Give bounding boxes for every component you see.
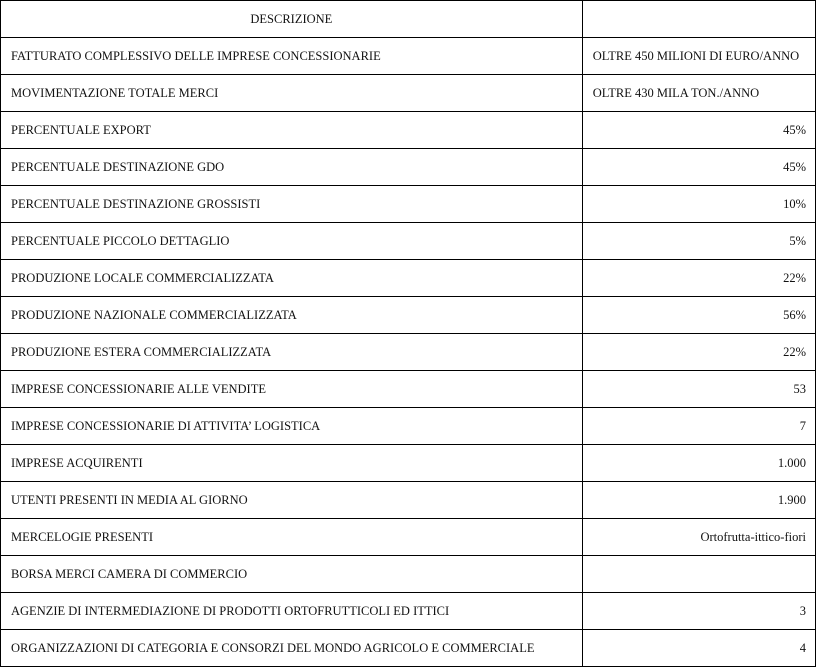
header-value — [582, 1, 815, 38]
table-row: PERCENTUALE DESTINAZIONE GROSSISTI10% — [1, 186, 816, 223]
row-value — [582, 556, 815, 593]
row-description: IMPRESE CONCESSIONARIE DI ATTIVITA’ LOGI… — [1, 408, 583, 445]
row-value: 1.000 — [582, 445, 815, 482]
table-row: FATTURATO COMPLESSIVO DELLE IMPRESE CONC… — [1, 38, 816, 75]
row-value: 10% — [582, 186, 815, 223]
row-value: 3 — [582, 593, 815, 630]
row-description: MERCELOGIE PRESENTI — [1, 519, 583, 556]
table-row: IMPRESE CONCESSIONARIE ALLE VENDITE53 — [1, 371, 816, 408]
table-row: PERCENTUALE PICCOLO DETTAGLIO5% — [1, 223, 816, 260]
row-value: OLTRE 450 MILIONI DI EURO/ANNO — [582, 38, 815, 75]
table-row: BORSA MERCI CAMERA DI COMMERCIO — [1, 556, 816, 593]
row-description: IMPRESE ACQUIRENTI — [1, 445, 583, 482]
table-row: ORGANIZZAZIONI DI CATEGORIA E CONSORZI D… — [1, 630, 816, 667]
row-description: PERCENTUALE PICCOLO DETTAGLIO — [1, 223, 583, 260]
row-value: 45% — [582, 149, 815, 186]
row-value: 1.900 — [582, 482, 815, 519]
table-row: IMPRESE CONCESSIONARIE DI ATTIVITA’ LOGI… — [1, 408, 816, 445]
table-row: AGENZIE DI INTERMEDIAZIONE DI PRODOTTI O… — [1, 593, 816, 630]
row-description: PERCENTUALE DESTINAZIONE GROSSISTI — [1, 186, 583, 223]
row-value: 45% — [582, 112, 815, 149]
row-description: IMPRESE CONCESSIONARIE ALLE VENDITE — [1, 371, 583, 408]
table-row: PRODUZIONE NAZIONALE COMMERCIALIZZATA56% — [1, 297, 816, 334]
table-header-row: DESCRIZIONE — [1, 1, 816, 38]
row-description: PRODUZIONE ESTERA COMMERCIALIZZATA — [1, 334, 583, 371]
row-description: UTENTI PRESENTI IN MEDIA AL GIORNO — [1, 482, 583, 519]
data-table: DESCRIZIONE FATTURATO COMPLESSIVO DELLE … — [0, 0, 816, 667]
row-value: 7 — [582, 408, 815, 445]
row-description: PRODUZIONE NAZIONALE COMMERCIALIZZATA — [1, 297, 583, 334]
row-value: OLTRE 430 MILA TON./ANNO — [582, 75, 815, 112]
row-description: PERCENTUALE EXPORT — [1, 112, 583, 149]
row-description: FATTURATO COMPLESSIVO DELLE IMPRESE CONC… — [1, 38, 583, 75]
row-description: MOVIMENTAZIONE TOTALE MERCI — [1, 75, 583, 112]
header-description: DESCRIZIONE — [1, 1, 583, 38]
row-value: 56% — [582, 297, 815, 334]
row-value: 22% — [582, 334, 815, 371]
row-description: PERCENTUALE DESTINAZIONE GDO — [1, 149, 583, 186]
row-value: 5% — [582, 223, 815, 260]
row-value: 53 — [582, 371, 815, 408]
table-row: PERCENTUALE DESTINAZIONE GDO45% — [1, 149, 816, 186]
table-body: DESCRIZIONE FATTURATO COMPLESSIVO DELLE … — [1, 1, 816, 667]
table-row: PERCENTUALE EXPORT45% — [1, 112, 816, 149]
row-description: ORGANIZZAZIONI DI CATEGORIA E CONSORZI D… — [1, 630, 583, 667]
row-value: Ortofrutta-ittico-fiori — [582, 519, 815, 556]
row-description: AGENZIE DI INTERMEDIAZIONE DI PRODOTTI O… — [1, 593, 583, 630]
table-row: MERCELOGIE PRESENTIOrtofrutta-ittico-fio… — [1, 519, 816, 556]
row-description: BORSA MERCI CAMERA DI COMMERCIO — [1, 556, 583, 593]
row-value: 4 — [582, 630, 815, 667]
table-row: MOVIMENTAZIONE TOTALE MERCIOLTRE 430 MIL… — [1, 75, 816, 112]
row-value: 22% — [582, 260, 815, 297]
table-row: PRODUZIONE LOCALE COMMERCIALIZZATA22% — [1, 260, 816, 297]
table-row: IMPRESE ACQUIRENTI1.000 — [1, 445, 816, 482]
row-description: PRODUZIONE LOCALE COMMERCIALIZZATA — [1, 260, 583, 297]
table-row: UTENTI PRESENTI IN MEDIA AL GIORNO1.900 — [1, 482, 816, 519]
table-row: PRODUZIONE ESTERA COMMERCIALIZZATA22% — [1, 334, 816, 371]
